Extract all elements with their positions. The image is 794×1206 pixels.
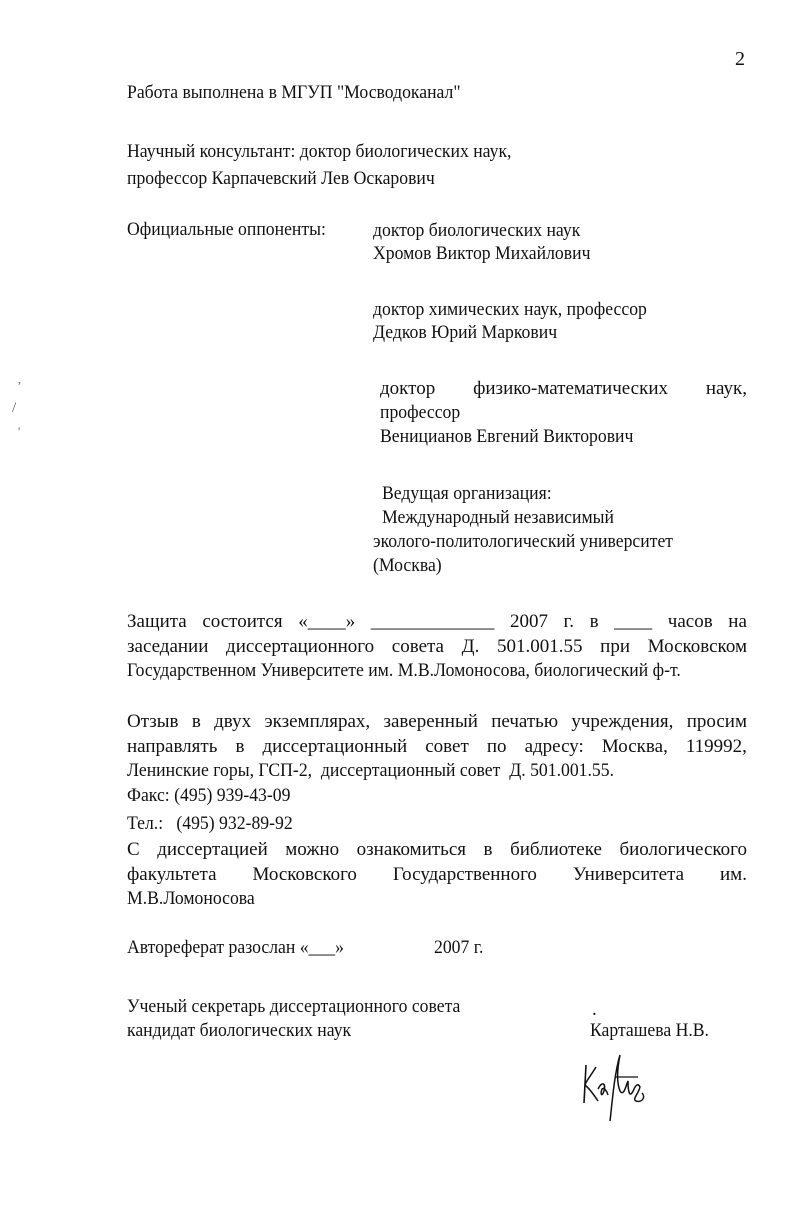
- review-paragraph: Отзыв в двух экземплярах, заверенный печ…: [127, 710, 747, 837]
- leading-org-line2: эколого-политологический университет: [373, 530, 696, 554]
- abstract-sent-year: 2007 г.: [434, 936, 487, 960]
- leading-org-line1: Международный независимый: [382, 506, 631, 530]
- opponent-1-title: доктор биологических наук: [373, 219, 596, 243]
- library-paragraph: С диссертацией можно ознакомиться в библ…: [127, 838, 747, 912]
- signature-image: [580, 1045, 660, 1125]
- review-line1: Отзыв в двух экземплярах, заверенный печ…: [127, 710, 747, 735]
- secretary-name: Карташева Н.В.: [590, 1019, 718, 1043]
- review-line2: направлять в диссертационный совет по ад…: [127, 735, 747, 760]
- margin-mark: ': [18, 424, 20, 439]
- leading-org-label: Ведущая организация:: [382, 482, 564, 506]
- defense-line1: Защита состоится «____» _____________ 20…: [127, 610, 747, 635]
- opponents-label: Официальные оппоненты:: [127, 218, 341, 242]
- opponent-3-title: доктор физико-математических наук,: [380, 377, 747, 401]
- library-line1: С диссертацией можно ознакомиться в библ…: [127, 838, 747, 863]
- opponent-2-title: доктор химических наук, профессор: [373, 298, 667, 322]
- review-phone: Тел.: (495) 932-89-92: [127, 812, 747, 837]
- review-fax: Факс: (495) 939-43-09: [127, 784, 747, 809]
- consultant-line1: Научный консультант: доктор биологически…: [127, 140, 540, 164]
- opponent-2-name: Дедков Юрий Маркович: [373, 321, 571, 345]
- defense-line2: заседании диссертационного совета Д. 501…: [127, 635, 747, 660]
- leading-org-line3: (Москва): [373, 554, 447, 578]
- margin-mark: ,: [18, 372, 21, 387]
- secretary-line2: кандидат биологических наук: [127, 1019, 368, 1043]
- opponent-3-name: Веницианов Евгений Викторович: [380, 425, 652, 449]
- review-line3: Ленинские горы, ГСП-2, диссертационный с…: [127, 759, 747, 784]
- consultant-line2: профессор Карпачевский Лев Оскарович: [127, 167, 458, 191]
- opponent-1-name: Хромов Виктор Михайлович: [373, 242, 607, 266]
- page-number: 2: [735, 47, 745, 71]
- library-line2: факультета Московского Государственного …: [127, 863, 747, 888]
- opponent-3-title-line2: профессор: [380, 401, 466, 425]
- library-line3: М.В.Ломоносова: [127, 887, 747, 912]
- secretary-line1: Ученый секретарь диссертационного совета: [127, 995, 485, 1019]
- margin-mark: /: [12, 400, 16, 417]
- defense-paragraph: Защита состоится «____» _____________ 20…: [127, 610, 747, 684]
- work-done-at: Работа выполнена в МГУП "Мосводоканал": [127, 81, 486, 105]
- defense-line3: Государственном Университете им. М.В.Лом…: [127, 659, 747, 684]
- abstract-sent-label: Автореферат разослан «___»: [127, 936, 360, 960]
